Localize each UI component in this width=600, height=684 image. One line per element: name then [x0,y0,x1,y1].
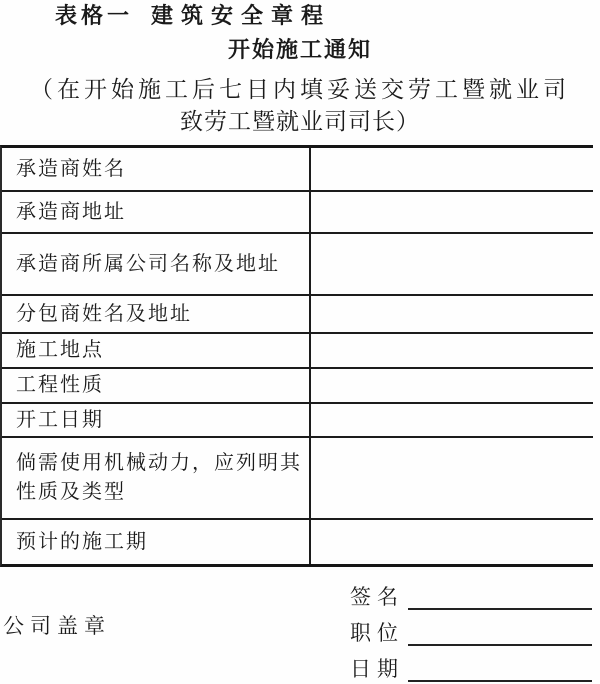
regulation-title: 建筑安全章程 [151,4,331,29]
table-row-work-nature: 工程性质 [2,369,593,404]
date-blank-rule [408,656,592,682]
date-line: 日期 [350,646,592,682]
row-value-cell [311,438,593,518]
scanned-form-page: 表格一建筑安全章程 开始施工通知 （在开始施工后七日内填妥送交劳工暨就业司 致劳… [0,0,600,684]
row-value-cell [311,234,593,294]
table-row-contractor-name: 承造商姓名 [2,148,593,192]
table-row-contractor-address: 承造商地址 [2,192,593,234]
row-value-cell [311,404,593,436]
row-label: 承造商姓名 [2,148,311,190]
row-label: 分包商姓名及地址 [2,296,311,332]
date-label: 日期 [350,656,404,682]
signature-block: 签名 职位 日期 [350,574,592,682]
row-label: 开工日期 [2,404,311,436]
row-value-cell [311,148,593,190]
table-row-site-location: 施工地点 [2,334,593,369]
table-row-mechanical-power: 倘需使用机械动力，应列明其性质及类型 [2,438,593,520]
row-value-cell [311,296,593,332]
row-value-cell [311,334,593,367]
table-row-start-date: 开工日期 [2,404,593,438]
document-title: 表格一建筑安全章程 [55,4,331,30]
instruction-line-1: （在开始施工后七日内填妥送交劳工暨就业司 [0,76,600,104]
row-value-cell [311,192,593,232]
row-label: 工程性质 [2,369,311,402]
instruction-line-2: 致劳工暨就业司司长） [0,108,600,136]
row-label: 承造商所属公司名称及地址 [2,234,311,294]
form-title: 开始施工通知 [0,38,600,64]
row-label: 承造商地址 [2,192,311,232]
position-label: 职位 [350,620,404,646]
table-row-contractor-company: 承造商所属公司名称及地址 [2,234,593,296]
company-seal-label: 公司盖章 [3,610,111,640]
signature-line: 签名 [350,574,592,610]
row-value-cell [311,369,593,402]
row-label: 倘需使用机械动力，应列明其性质及类型 [2,438,311,518]
table-row-estimated-duration: 预计的施工期 [2,520,593,564]
position-blank-rule [408,620,592,646]
signature-label: 签名 [350,584,404,610]
signature-blank-rule [408,584,592,610]
row-value-cell [311,520,593,564]
table-row-subcontractor: 分包商姓名及地址 [2,296,593,334]
form-code: 表格一 [55,4,133,29]
form-table: 承造商姓名 承造商地址 承造商所属公司名称及地址 分包商姓名及地址 施工地点 工… [0,145,593,567]
row-label: 施工地点 [2,334,311,367]
position-line: 职位 [350,610,592,646]
row-label: 预计的施工期 [2,520,311,564]
